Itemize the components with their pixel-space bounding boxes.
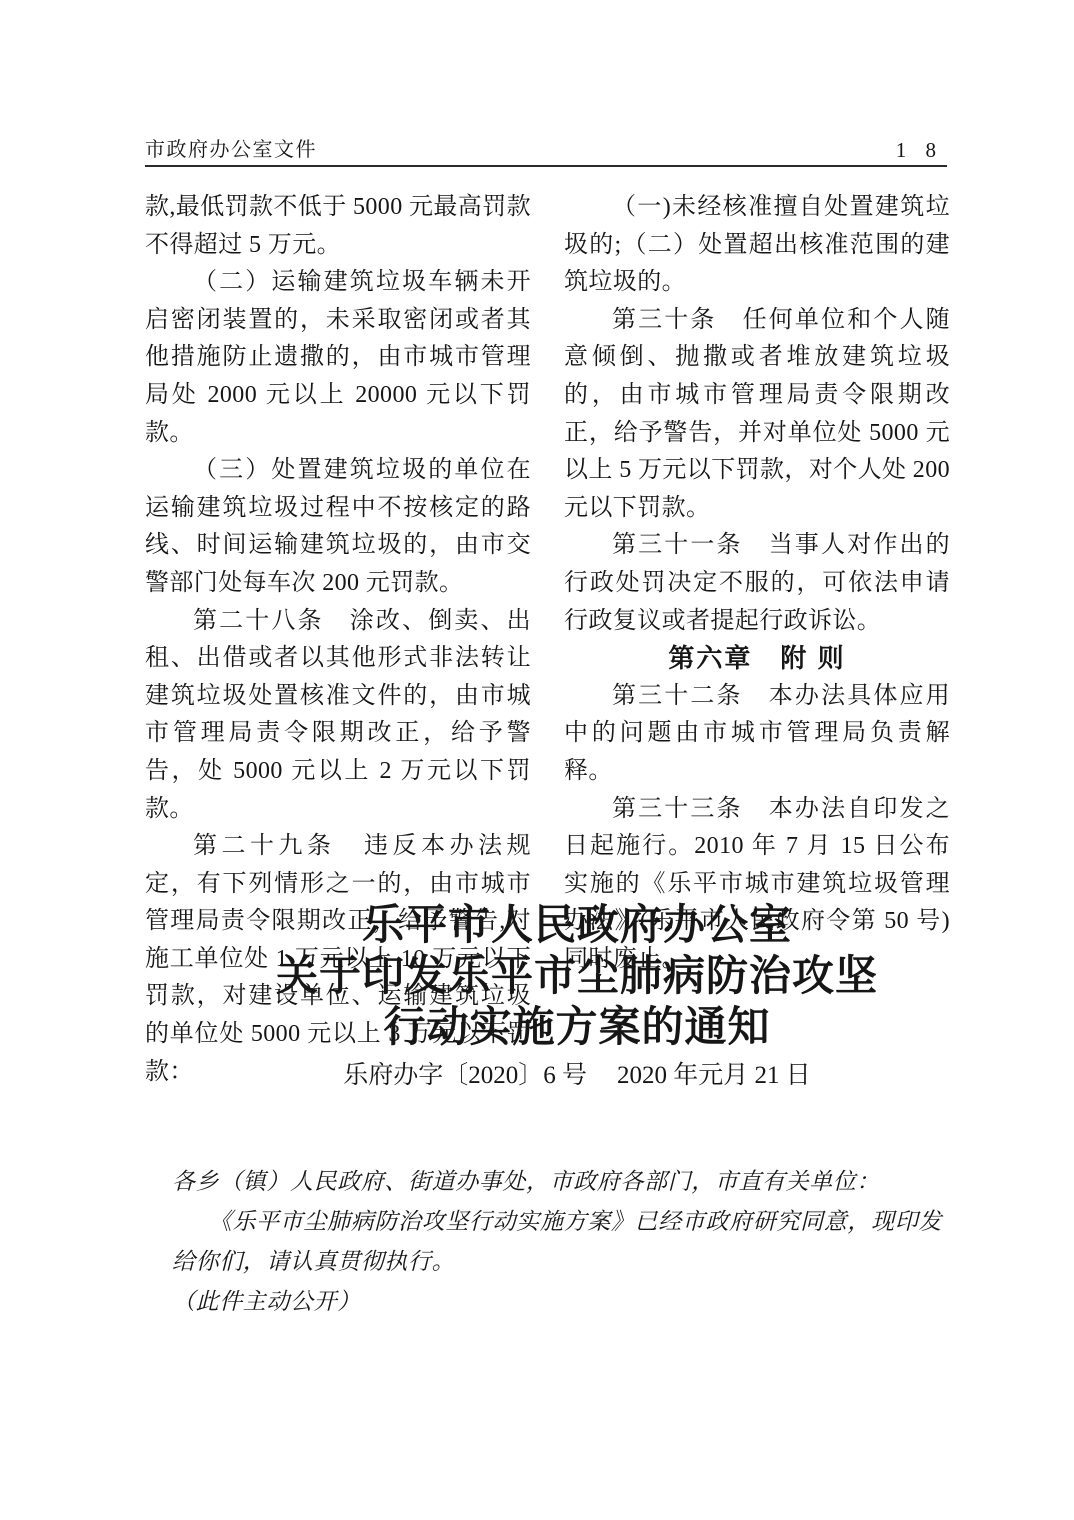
notice-paragraph: （此件主动公开） bbox=[172, 1282, 942, 1322]
notice-body: 各乡（镇）人民政府、街道办事处，市政府各部门，市直有关单位：《乐平市尘肺病防治攻… bbox=[172, 1162, 942, 1322]
page-number: 1 8 bbox=[896, 138, 943, 162]
header-title: 市政府办公室文件 bbox=[145, 138, 317, 162]
notice-title: 乐平市人民政府办公室 关于印发乐平市尘肺病防治攻坚 行动实施方案的通知 bbox=[80, 901, 1074, 1054]
body-paragraph: 第三十二条 本办法具体应用中的问题由市城市管理局负责解释。 bbox=[564, 678, 950, 791]
body-paragraph: （三）处置建筑垃圾的单位在运输建筑垃圾过程中不按核定的路线、时间运输建筑垃圾的，… bbox=[145, 452, 531, 602]
notice-paragraph: 《乐平市尘肺病防治攻坚行动实施方案》已经市政府研究同意，现印发给你们，请认真贯彻… bbox=[172, 1202, 942, 1282]
notice-paragraph: 各乡（镇）人民政府、街道办事处，市政府各部门，市直有关单位： bbox=[172, 1162, 942, 1202]
document-page: 市政府办公室文件 1 8 款,最低罚款不低于 5000 元最高罚款不得超过 5 … bbox=[0, 0, 1074, 1520]
body-paragraph: （一)未经核准擅自处置建筑垃圾的;（二）处置超出核准范围的建筑垃圾的。 bbox=[564, 189, 950, 302]
notice-title-line-3: 行动实施方案的通知 bbox=[80, 1003, 1074, 1054]
doc-number-line: 乐府办字〔2020〕6 号2020 年元月 21 日 bbox=[80, 1061, 1074, 1091]
chapter-heading: 第六章 附 则 bbox=[564, 640, 950, 678]
body-paragraph: 第三十条 任何单位和个人随意倾倒、抛撒或者堆放建筑垃圾的，由市城市管理局责令限期… bbox=[564, 302, 950, 528]
body-paragraph: 第二十八条 涂改、倒卖、出租、出借或者以其他形式非法转让建筑垃圾处置核准文件的，… bbox=[145, 603, 531, 829]
body-paragraph: 第三十一条 当事人对作出的行政处罚决定不服的，可依法申请行政复议或者提起行政诉讼… bbox=[564, 527, 950, 640]
doc-date: 2020 年元月 21 日 bbox=[617, 1062, 811, 1089]
doc-number: 乐府办字〔2020〕6 号 bbox=[343, 1062, 587, 1089]
body-paragraph: （二）运输建筑垃圾车辆未开启密闭装置的，未采取密闭或者其他措施防止遗撒的，由市城… bbox=[145, 264, 531, 452]
notice-title-line-1: 乐平市人民政府办公室 bbox=[80, 901, 1074, 952]
page-header: 市政府办公室文件 1 8 bbox=[145, 138, 947, 167]
notice-title-line-2: 关于印发乐平市尘肺病防治攻坚 bbox=[80, 952, 1074, 1003]
body-paragraph: 款,最低罚款不低于 5000 元最高罚款不得超过 5 万元。 bbox=[145, 189, 531, 264]
